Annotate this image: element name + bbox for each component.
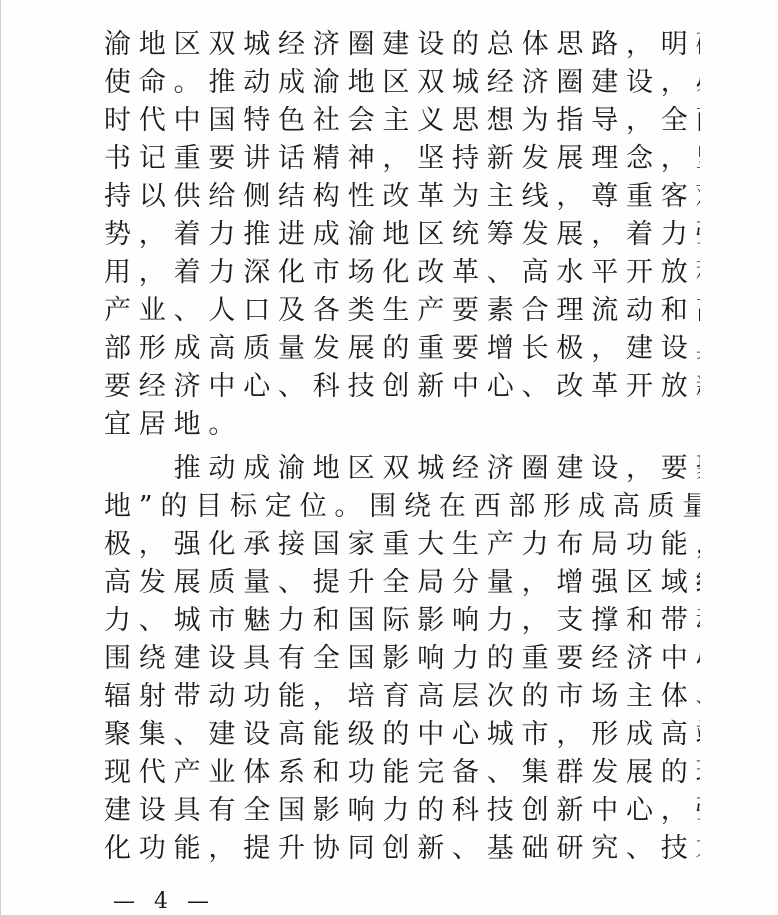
text-line: 现代产业体系和功能完备、集群发展的现代城镇体系；围绕 [104,754,700,792]
text-line: 极，强化承接国家重大生产力布局功能，做大经济总量、提 [104,526,700,564]
text-line: 化功能，提升协同创新、基础研究、技术攻关和成果转化能 [104,830,700,868]
text-line: 时代中国特色社会主义思想为指导，全面贯彻落实习近平总 [104,102,700,140]
paragraph-1: 渝地区双城经济圈建设的总体思路，明确了战略方向和发展 使命。推动成渝地区双城经济… [104,26,700,444]
text-line: 使命。推动成渝地区双城经济圈建设，必须坚持以习近平新 [104,64,700,102]
body-text: 渝地区双城经济圈建设的总体思路，明确了战略方向和发展 使命。推动成渝地区双城经济… [104,26,700,868]
text-line: 渝地区双城经济圈建设的总体思路，明确了战略方向和发展 [104,26,700,64]
document-page: 渝地区双城经济圈建设的总体思路，明确了战略方向和发展 使命。推动成渝地区双城经济… [0,0,778,915]
text-line: 部形成高质量发展的重要增长极，建设具有全国影响力的重 [104,330,700,368]
text-line: 地”的目标定位。围绕在西部形成高质量发展的重要增长 [104,488,700,526]
text-line: 高发展质量、提升全局分量，增强区域经济实力、发展活 [104,564,700,602]
paragraph-2: 推动成渝地区双城经济圈建设，要聚焦“一极两中心两 地”的目标定位。围绕在西部形成… [104,450,700,868]
text-line: 书记重要讲话精神，坚持新发展理念，坚持高质量发展，坚 [104,140,700,178]
text-line: 宜居地。 [104,406,700,444]
text-line: 围绕建设具有全国影响力的重要经济中心，强化经济承载和 [104,640,700,678]
text-line: 聚集、建设高能级的中心城市，形成高端引领、优势凸显的 [104,716,700,754]
text-line: 产业、人口及各类生产要素合理流动和高效集聚，推动在西 [104,292,700,330]
text-line: 推动成渝地区双城经济圈建设，要聚焦“一极两中心两 [104,450,700,488]
page-number: — 4 — [113,889,215,914]
text-line: 力、城市魅力和国际影响力，支撑和带动全国高质量发展。 [104,602,700,640]
text-line: 势，着力推进成渝地区统筹发展，着力强化中心城市带动作 [104,216,700,254]
text-line: 持以供给侧结构性改革为主线，尊重客观规律，发挥比较优 [104,178,700,216]
text-line: 建设具有全国影响力的科技创新中心，强化创新资源集聚转 [104,792,700,830]
text-line: 要经济中心、科技创新中心、改革开放新高地、高品质生活 [104,368,700,406]
text-line: 辐射带动功能，培育高层次的市场主体、促进高强度的经济 [104,678,700,716]
text-line: 用，着力深化市场化改革、高水平开放和引领性创新，促进 [104,254,700,292]
